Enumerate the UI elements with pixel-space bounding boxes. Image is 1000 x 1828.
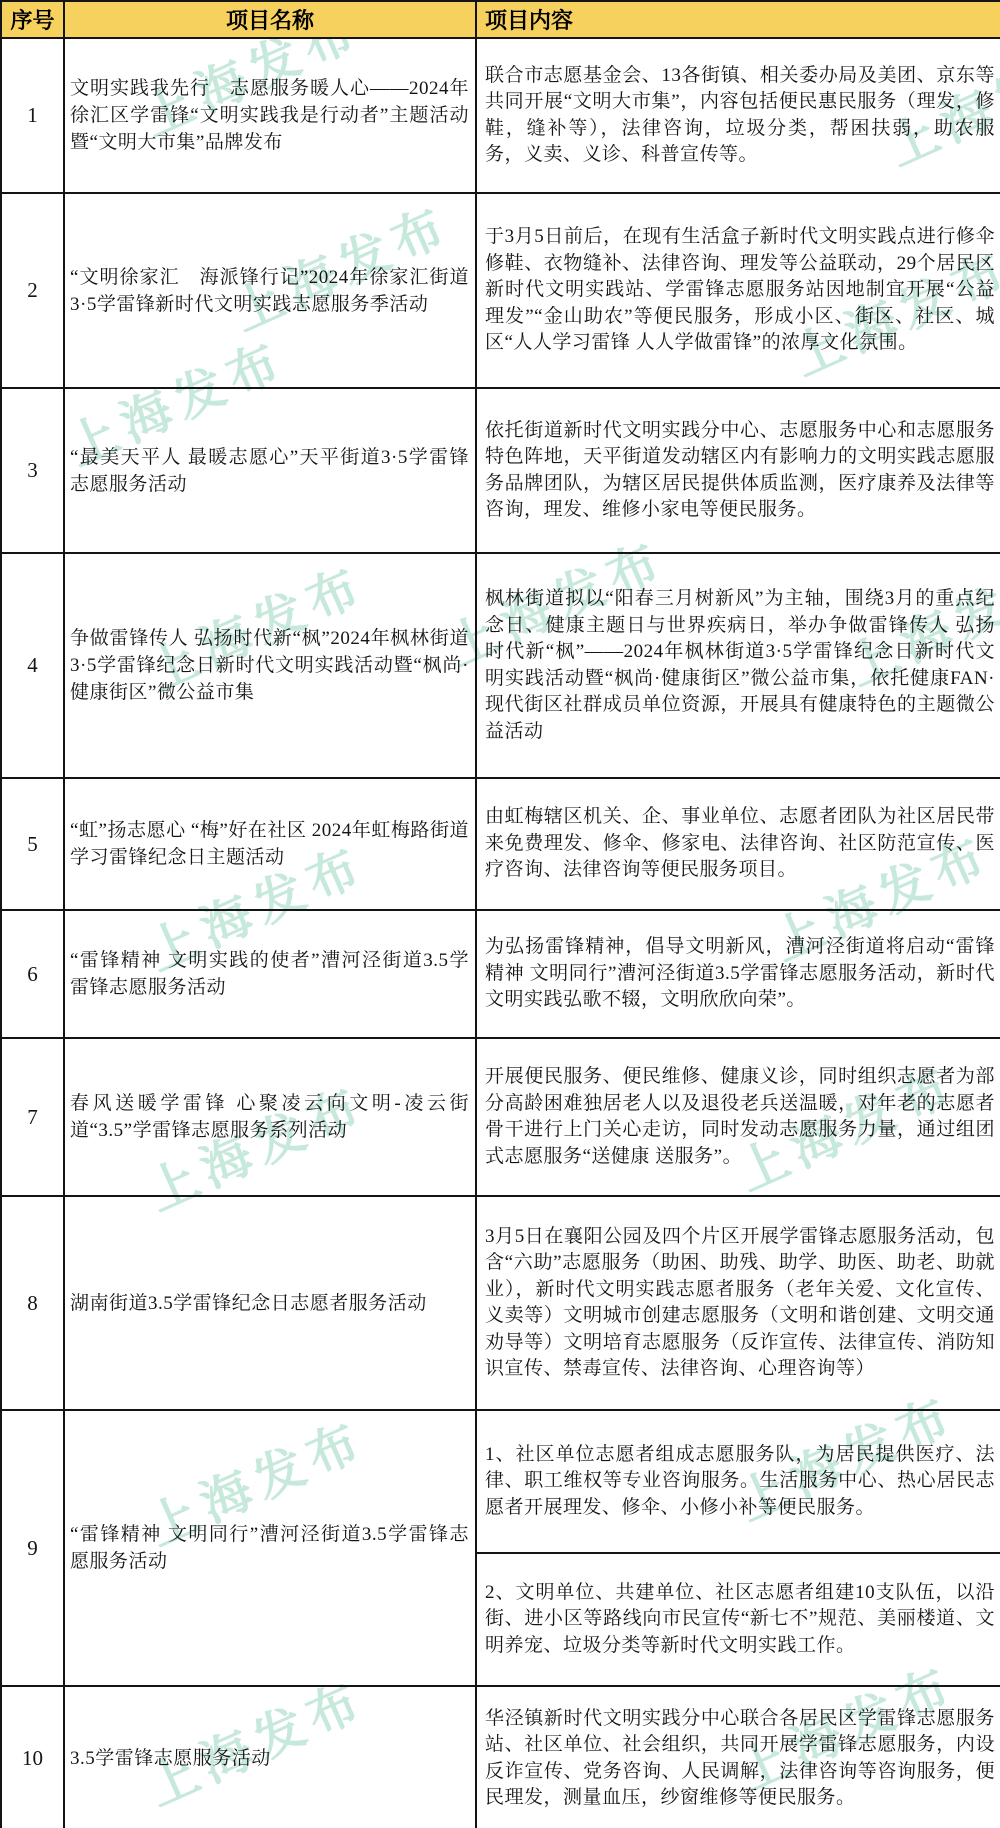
table-row: 5 “虹”扬志愿心 “梅”好在社区 2024年虹梅路街道学习雷锋纪念日主题活动 … — [1, 778, 1000, 910]
project-name-cell: 春风送暖学雷锋 心聚凌云向文明-凌云街道“3.5”学雷锋志愿服务系列活动 — [64, 1038, 476, 1196]
table-row: 9 “雷锋精神 文明同行”漕河泾街道3.5学雷锋志愿服务活动 1、社区单位志愿者… — [1, 1410, 1000, 1686]
row-number-cell: 7 — [1, 1038, 64, 1196]
table-row: 4 争做雷锋传人 弘扬时代新“枫”2024年枫林街道3·5学雷锋纪念日新时代文明… — [1, 553, 1000, 778]
project-name-cell: “最美天平人 最暖志愿心”天平街道3·5学雷锋志愿服务活动 — [64, 388, 476, 553]
row-number-cell: 4 — [1, 553, 64, 778]
project-content-cell: 联合市志愿基金会、13各街镇、相关委办局及美团、京东等共同开展“文明大市集”，内… — [476, 38, 1000, 193]
project-content-cell: 开展便民服务、便民维修、健康义诊，同时组织志愿者为部分高龄困难独居老人以及退役老… — [476, 1038, 1000, 1196]
row-number-cell: 8 — [1, 1196, 64, 1410]
project-name-cell: 争做雷锋传人 弘扬时代新“枫”2024年枫林街道3·5学雷锋纪念日新时代文明实践… — [64, 553, 476, 778]
project-content-cell: 由虹梅辖区机关、企、事业单位、志愿者团队为社区居民带来免费理发、修伞、修家电、法… — [476, 778, 1000, 910]
row-number-cell: 10 — [1, 1686, 64, 1828]
project-content-cell: 1、社区单位志愿者组成志愿服务队，为居民提供医疗、法律、职工维权等专业咨询服务。… — [476, 1410, 1000, 1686]
project-name-cell: “文明徐家汇 海派锋行记”2024年徐家汇街道3·5学雷锋新时代文明实践志愿服务… — [64, 193, 476, 388]
row-number-cell: 5 — [1, 778, 64, 910]
project-content-cell: 依托街道新时代文明实践分中心、志愿服务中心和志愿服务特色阵地，天平街道发动辖区内… — [476, 388, 1000, 553]
project-content-cell: 3月5日在襄阳公园及四个片区开展学雷锋志愿服务活动，包含“六助”志愿服务（助困、… — [476, 1196, 1000, 1410]
table-row: 3 “最美天平人 最暖志愿心”天平街道3·5学雷锋志愿服务活动 依托街道新时代文… — [1, 388, 1000, 553]
project-content-cell: 于3月5日前后，在现有生活盒子新时代文明实践点进行修伞修鞋、衣物缝补、法律咨询、… — [476, 193, 1000, 388]
table-row: 8 湖南街道3.5学雷锋纪念日志愿者服务活动 3月5日在襄阳公园及四个片区开展学… — [1, 1196, 1000, 1410]
header-project-content: 项目内容 — [476, 1, 1000, 38]
header-row: 序号 项目名称 项目内容 — [1, 1, 1000, 38]
project-name-cell: 3.5学雷锋志愿服务活动 — [64, 1686, 476, 1828]
project-name-cell: 文明实践我先行 志愿服务暖人心——2024年徐汇区学雷锋“文明实践我是行动者”主… — [64, 38, 476, 193]
project-content-part-2: 2、文明单位、共建单位、社区志愿者组建10支队伍，以沿街、进小区等路线向市民宣传… — [477, 1554, 1000, 1685]
project-name-cell: 湖南街道3.5学雷锋纪念日志愿者服务活动 — [64, 1196, 476, 1410]
table-row: 2 “文明徐家汇 海派锋行记”2024年徐家汇街道3·5学雷锋新时代文明实践志愿… — [1, 193, 1000, 388]
table-row: 1 文明实践我先行 志愿服务暖人心——2024年徐汇区学雷锋“文明实践我是行动者… — [1, 38, 1000, 193]
projects-table: 序号 项目名称 项目内容 1 文明实践我先行 志愿服务暖人心——2024年徐汇区… — [0, 0, 1000, 1828]
project-name-cell: “雷锋精神 文明实践的使者”漕河泾街道3.5学雷锋志愿服务活动 — [64, 910, 476, 1038]
project-name-cell: “雷锋精神 文明同行”漕河泾街道3.5学雷锋志愿服务活动 — [64, 1410, 476, 1686]
row-number-cell: 9 — [1, 1410, 64, 1686]
table-row: 7 春风送暖学雷锋 心聚凌云向文明-凌云街道“3.5”学雷锋志愿服务系列活动 开… — [1, 1038, 1000, 1196]
row-number-cell: 6 — [1, 910, 64, 1038]
project-content-cell: 为弘扬雷锋精神，倡导文明新风，漕河泾街道将启动“雷锋精神 文明同行”漕河泾街道3… — [476, 910, 1000, 1038]
row-number-cell: 3 — [1, 388, 64, 553]
project-content-cell: 枫林街道拟以“阳春三月树新风”为主轴，围绕3月的重点纪念日、健康主题日与世界疾病… — [476, 553, 1000, 778]
project-name-cell: “虹”扬志愿心 “梅”好在社区 2024年虹梅路街道学习雷锋纪念日主题活动 — [64, 778, 476, 910]
table-row: 10 3.5学雷锋志愿服务活动 华泾镇新时代文明实践分中心联合各居民区学雷锋志愿… — [1, 1686, 1000, 1828]
table-row: 6 “雷锋精神 文明实践的使者”漕河泾街道3.5学雷锋志愿服务活动 为弘扬雷锋精… — [1, 910, 1000, 1038]
row-number-cell: 1 — [1, 38, 64, 193]
row-number-cell: 2 — [1, 193, 64, 388]
project-content-cell: 华泾镇新时代文明实践分中心联合各居民区学雷锋志愿服务站、社区单位、社会组织，共同… — [476, 1686, 1000, 1828]
header-project-name: 项目名称 — [64, 1, 476, 38]
header-no: 序号 — [1, 1, 64, 38]
project-content-part-1: 1、社区单位志愿者组成志愿服务队，为居民提供医疗、法律、职工维权等专业咨询服务。… — [477, 1411, 1000, 1554]
